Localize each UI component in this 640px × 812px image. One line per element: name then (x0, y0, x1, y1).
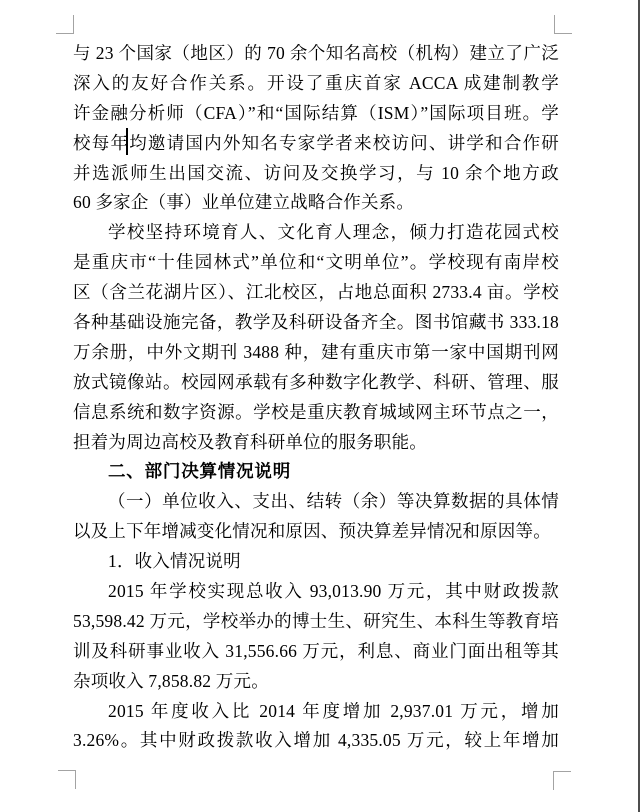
text-line[interactable]: 许金融分析师（CFA）”和“国际结算（ISM）”国际项目班。学 (73, 99, 559, 129)
text-line[interactable]: 是重庆市“十佳园林式”单位和“文明单位”。学校现有南岸校 (73, 248, 559, 278)
text-line[interactable]: 53,598.42 万元，学校举办的博士生、研究生、本科生等教育培 (73, 607, 559, 637)
text-line[interactable]: 1．收入情况说明 (73, 547, 559, 577)
text-boundary-mark-top-right (554, 15, 572, 34)
text-boundary-mark-top-left (56, 15, 74, 34)
document-text-area[interactable]: 与 23 个国家（地区）的 70 余个知名高校（机构）建立了广泛深入的友好合作关… (73, 39, 559, 756)
text-line[interactable]: 万余册，中外文期刊 3488 种，建有重庆市第一家中国期刊网开 (73, 338, 559, 368)
text-line[interactable]: 与 23 个国家（地区）的 70 余个知名高校（机构）建立了广泛 (73, 39, 559, 69)
text-line[interactable]: 60 多家企（事）业单位建立战略合作关系。 (73, 188, 559, 218)
text-boundary-mark-bottom-right (553, 771, 571, 790)
text-line[interactable]: 3.26%。其中财政拨款收入增加 4,335.05 万元，较上年增加 (73, 726, 559, 756)
text-line[interactable]: 二、部门决算情况说明 (73, 457, 559, 487)
text-boundary-mark-bottom-left (58, 770, 76, 789)
text-line[interactable]: 杂项收入 7,858.82 万元。 (73, 667, 559, 697)
text-line[interactable]: 深入的友好合作关系。开设了重庆首家 ACCA 成建制教学班，“特 (73, 69, 559, 99)
document-page: 与 23 个国家（地区）的 70 余个知名高校（机构）建立了广泛深入的友好合作关… (0, 0, 640, 812)
text-line[interactable]: 各种基础设施完备，教学及科研设备齐全。图书馆藏书 333.18 (73, 308, 559, 338)
text-insertion-cursor (126, 128, 128, 155)
text-line[interactable]: 学校坚持环境育人、文化育人理念，倾力打造花园式校园， (73, 218, 559, 248)
text-line[interactable]: 放式镜像站。校园网承载有多种数字化教学、科研、管理、服务 (73, 368, 559, 398)
text-line[interactable]: 区（含兰花湖片区）、江北校区，占地总面积 2733.4 亩。学校 (73, 278, 559, 308)
text-line[interactable]: 2015 年度收入比 2014 年度增加 2,937.01 万元，增加 (73, 697, 559, 727)
text-line[interactable]: 训及科研事业收入 31,556.66 万元，利息、商业门面出租等其他 (73, 637, 559, 667)
text-line[interactable]: （一）单位收入、支出、结转（余）等决算数据的具体情况， (73, 487, 559, 517)
text-line[interactable]: 2015 年学校实现总收入 93,013.90 万元，其中财政拨款 (73, 577, 559, 607)
text-line[interactable]: 校每年均邀请国内外知名专家学者来校访问、讲学和合作研究， (73, 129, 559, 159)
text-line[interactable]: 以及上下年增减变化情况和原因、预决算差异情况和原因等。 (73, 517, 559, 547)
text-line[interactable]: 担着为周边高校及教育科研单位的服务职能。 (73, 428, 559, 458)
text-line[interactable]: 信息系统和数字资源。学校是重庆教育城域网主环节点之一，承 (73, 398, 559, 428)
text-line[interactable]: 并选派师生出国交流、访问及交换学习，与 10 余个地方政府、 (73, 159, 559, 189)
